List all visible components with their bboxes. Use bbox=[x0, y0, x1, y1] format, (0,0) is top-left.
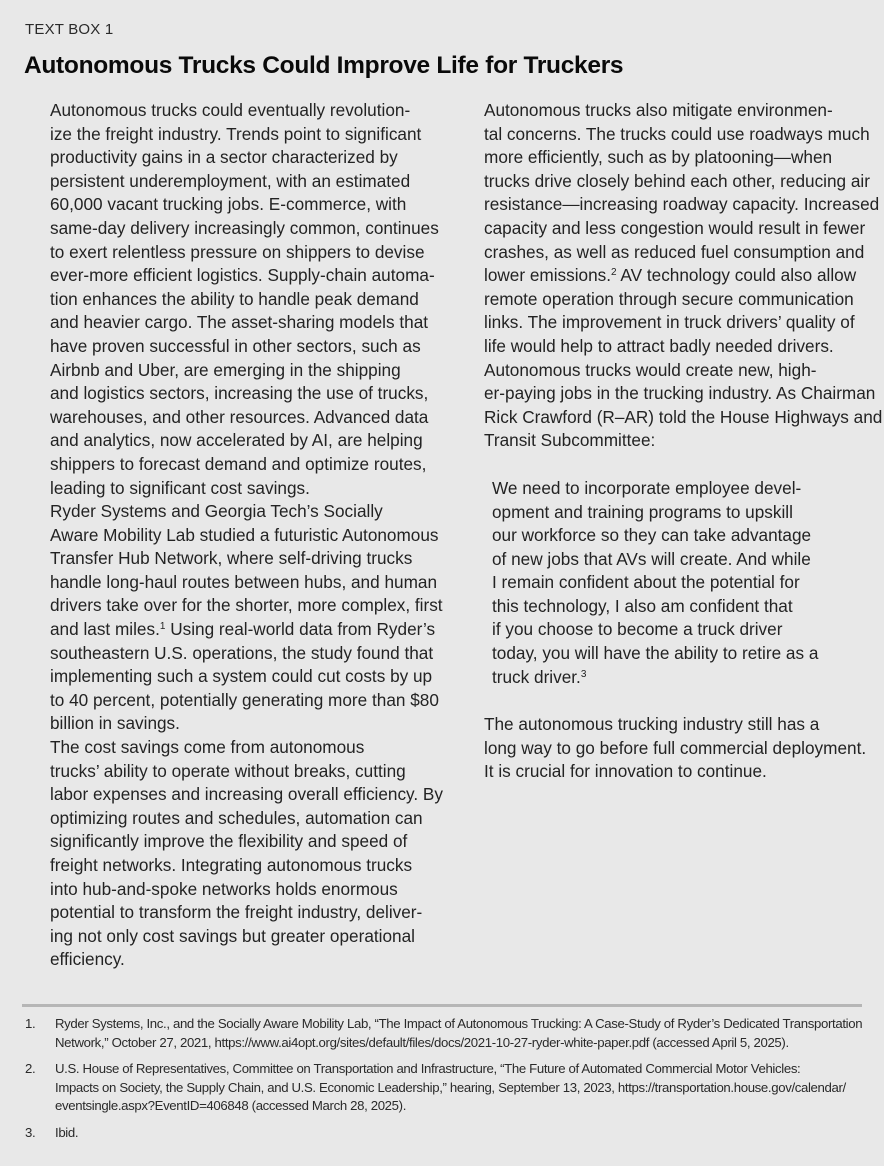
quote-line: our workforce so they can take advantage bbox=[492, 524, 864, 548]
text-line: productivity gains in a sector character… bbox=[25, 146, 435, 170]
text-line: optimizing routes and schedules, automat… bbox=[25, 807, 435, 831]
text-line: trucks drive closely behind each other, … bbox=[459, 170, 864, 194]
text-line: potential to transform the freight indus… bbox=[25, 901, 435, 925]
text-line: Autonomous trucks also mitigate environm… bbox=[459, 99, 864, 123]
text-fragment: and last miles. bbox=[50, 619, 160, 639]
paragraph-intro: Autonomous trucks could eventually revol… bbox=[25, 99, 435, 500]
text-line: links. The improvement in truck drivers’… bbox=[459, 311, 864, 335]
text-line: Rick Crawford (R–AR) told the House High… bbox=[459, 406, 864, 430]
text-fragment: Using real-world data from Ryder’s bbox=[165, 619, 435, 639]
text-line: crashes, as well as reduced fuel consump… bbox=[459, 241, 864, 265]
text-line: Ryder Systems and Georgia Tech’s Sociall… bbox=[25, 500, 435, 524]
text-line: ize the freight industry. Trends point t… bbox=[25, 123, 435, 147]
text-line: shippers to forecast demand and optimize… bbox=[25, 453, 435, 477]
text-line: life would help to attract badly needed … bbox=[459, 335, 864, 359]
text-line: and analytics, now accelerated by AI, ar… bbox=[25, 429, 435, 453]
quote-line: today, you will have the ability to reti… bbox=[492, 642, 864, 666]
text-line: resistance—increasing roadway capacity. … bbox=[459, 193, 864, 217]
footnote-number: 3. bbox=[25, 1124, 55, 1143]
quote-line: truck driver.3 bbox=[492, 666, 864, 690]
text-line: into hub-and-spoke networks holds enormo… bbox=[25, 878, 435, 902]
quote-line: of new jobs that AVs will create. And wh… bbox=[492, 548, 864, 572]
text-line: warehouses, and other resources. Advance… bbox=[25, 406, 435, 430]
text-line: leading to significant cost savings. bbox=[25, 477, 435, 501]
text-line: Autonomous trucks would create new, high… bbox=[459, 359, 864, 383]
text-line: significantly improve the flexibility an… bbox=[25, 830, 435, 854]
quote-line: if you choose to become a truck driver bbox=[492, 618, 864, 642]
text-line: tal concerns. The trucks could use roadw… bbox=[459, 123, 864, 147]
footnote-line[interactable]: Impacts on Society, the Supply Chain, an… bbox=[55, 1079, 865, 1098]
text-fragment: truck driver. bbox=[492, 667, 581, 687]
text-line: labor expenses and increasing overall ef… bbox=[25, 783, 435, 807]
text-line: efficiency. bbox=[25, 948, 435, 972]
footnotes-divider bbox=[22, 1004, 862, 1007]
text-line: Airbnb and Uber, are emerging in the shi… bbox=[25, 359, 435, 383]
text-line: er-paying jobs in the trucking industry.… bbox=[459, 382, 864, 406]
text-line: Aware Mobility Lab studied a futuristic … bbox=[25, 524, 435, 548]
blockquote-crawford: We need to incorporate employee devel- o… bbox=[492, 477, 864, 689]
footnote-line[interactable]: eventsingle.aspx?EventID=406848 (accesse… bbox=[55, 1097, 865, 1116]
text-line: ing not only cost savings but greater op… bbox=[25, 925, 435, 949]
text-line: handle long-haul routes between hubs, an… bbox=[25, 571, 435, 595]
text-line: capacity and less congestion would resul… bbox=[459, 217, 864, 241]
footnote-line: Ibid. bbox=[55, 1124, 865, 1143]
left-column: Autonomous trucks could eventually revol… bbox=[25, 99, 435, 972]
text-line: ever-more efficient logistics. Supply-ch… bbox=[25, 264, 435, 288]
text-line: and last miles.1 Using real-world data f… bbox=[25, 618, 435, 642]
text-line: tion enhances the ability to handle peak… bbox=[25, 288, 435, 312]
kicker-label: TEXT BOX 1 bbox=[25, 21, 113, 38]
text-line: Transit Subcommittee: bbox=[459, 429, 864, 453]
text-line: and logistics sectors, increasing the us… bbox=[25, 382, 435, 406]
footnote-ref-3[interactable]: 3 bbox=[581, 669, 587, 680]
text-line: long way to go before full commercial de… bbox=[459, 737, 864, 761]
text-line: It is crucial for innovation to continue… bbox=[459, 760, 864, 784]
text-line: lower emissions.2 AV technology could al… bbox=[459, 264, 864, 288]
text-line: Transfer Hub Network, where self-driving… bbox=[25, 547, 435, 571]
text-line: drivers take over for the shorter, more … bbox=[25, 594, 435, 618]
quote-line: this technology, I also am confident tha… bbox=[492, 595, 864, 619]
quote-line: opment and training programs to upskill bbox=[492, 501, 864, 525]
text-line: have proven successful in other sectors,… bbox=[25, 335, 435, 359]
text-line: southeastern U.S. operations, the study … bbox=[25, 642, 435, 666]
text-line: trucks’ ability to operate without break… bbox=[25, 760, 435, 784]
text-fragment: lower emissions. bbox=[484, 265, 611, 285]
footnotes-list: 1. Ryder Systems, Inc., and the Socially… bbox=[25, 1015, 865, 1150]
text-line: and heavier cargo. The asset-sharing mod… bbox=[25, 311, 435, 335]
text-line: to 40 percent, potentially generating mo… bbox=[25, 689, 435, 713]
footnote-3: 3. Ibid. bbox=[25, 1124, 865, 1143]
text-line: to exert relentless pressure on shippers… bbox=[25, 241, 435, 265]
paragraph-cost-savings: The cost savings come from autonomous tr… bbox=[25, 736, 435, 972]
footnote-text[interactable]: Ryder Systems, Inc., and the Socially Aw… bbox=[55, 1015, 865, 1052]
footnote-line[interactable]: Network,” October 27, 2021, https://www.… bbox=[55, 1034, 865, 1053]
text-fragment: AV technology could also allow bbox=[617, 265, 857, 285]
paragraph-ryder-study: Ryder Systems and Georgia Tech’s Sociall… bbox=[25, 500, 435, 736]
footnote-number: 2. bbox=[25, 1060, 55, 1116]
text-line: more efficiently, such as by platooning—… bbox=[459, 146, 864, 170]
footnote-1: 1. Ryder Systems, Inc., and the Socially… bbox=[25, 1015, 865, 1052]
page-title: Autonomous Trucks Could Improve Life for… bbox=[24, 52, 623, 80]
paragraph-conclusion: The autonomous trucking industry still h… bbox=[459, 713, 864, 784]
footnote-text[interactable]: U.S. House of Representatives, Committee… bbox=[55, 1060, 865, 1116]
footnote-2: 2. U.S. House of Representatives, Commit… bbox=[25, 1060, 865, 1116]
paragraph-new-jobs: Autonomous trucks would create new, high… bbox=[459, 359, 864, 453]
quote-line: I remain confident about the potential f… bbox=[492, 571, 864, 595]
text-line: freight networks. Integrating autonomous… bbox=[25, 854, 435, 878]
footnote-text: Ibid. bbox=[55, 1124, 865, 1143]
text-line: persistent underemployment, with an esti… bbox=[25, 170, 435, 194]
text-line: implementing such a system could cut cos… bbox=[25, 665, 435, 689]
text-line: The cost savings come from autonomous bbox=[25, 736, 435, 760]
footnote-number: 1. bbox=[25, 1015, 55, 1052]
text-line: billion in savings. bbox=[25, 712, 435, 736]
footnote-line: Ryder Systems, Inc., and the Socially Aw… bbox=[55, 1015, 865, 1034]
paragraph-environment: Autonomous trucks also mitigate environm… bbox=[459, 99, 864, 359]
text-line: same-day delivery increasingly common, c… bbox=[25, 217, 435, 241]
quote-line: We need to incorporate employee devel- bbox=[492, 477, 864, 501]
text-line: The autonomous trucking industry still h… bbox=[459, 713, 864, 737]
right-column: Autonomous trucks also mitigate environm… bbox=[459, 99, 864, 784]
footnote-line: U.S. House of Representatives, Committee… bbox=[55, 1060, 865, 1079]
text-line: Autonomous trucks could eventually revol… bbox=[25, 99, 435, 123]
text-line: 60,000 vacant trucking jobs. E-commerce,… bbox=[25, 193, 435, 217]
text-line: remote operation through secure communic… bbox=[459, 288, 864, 312]
